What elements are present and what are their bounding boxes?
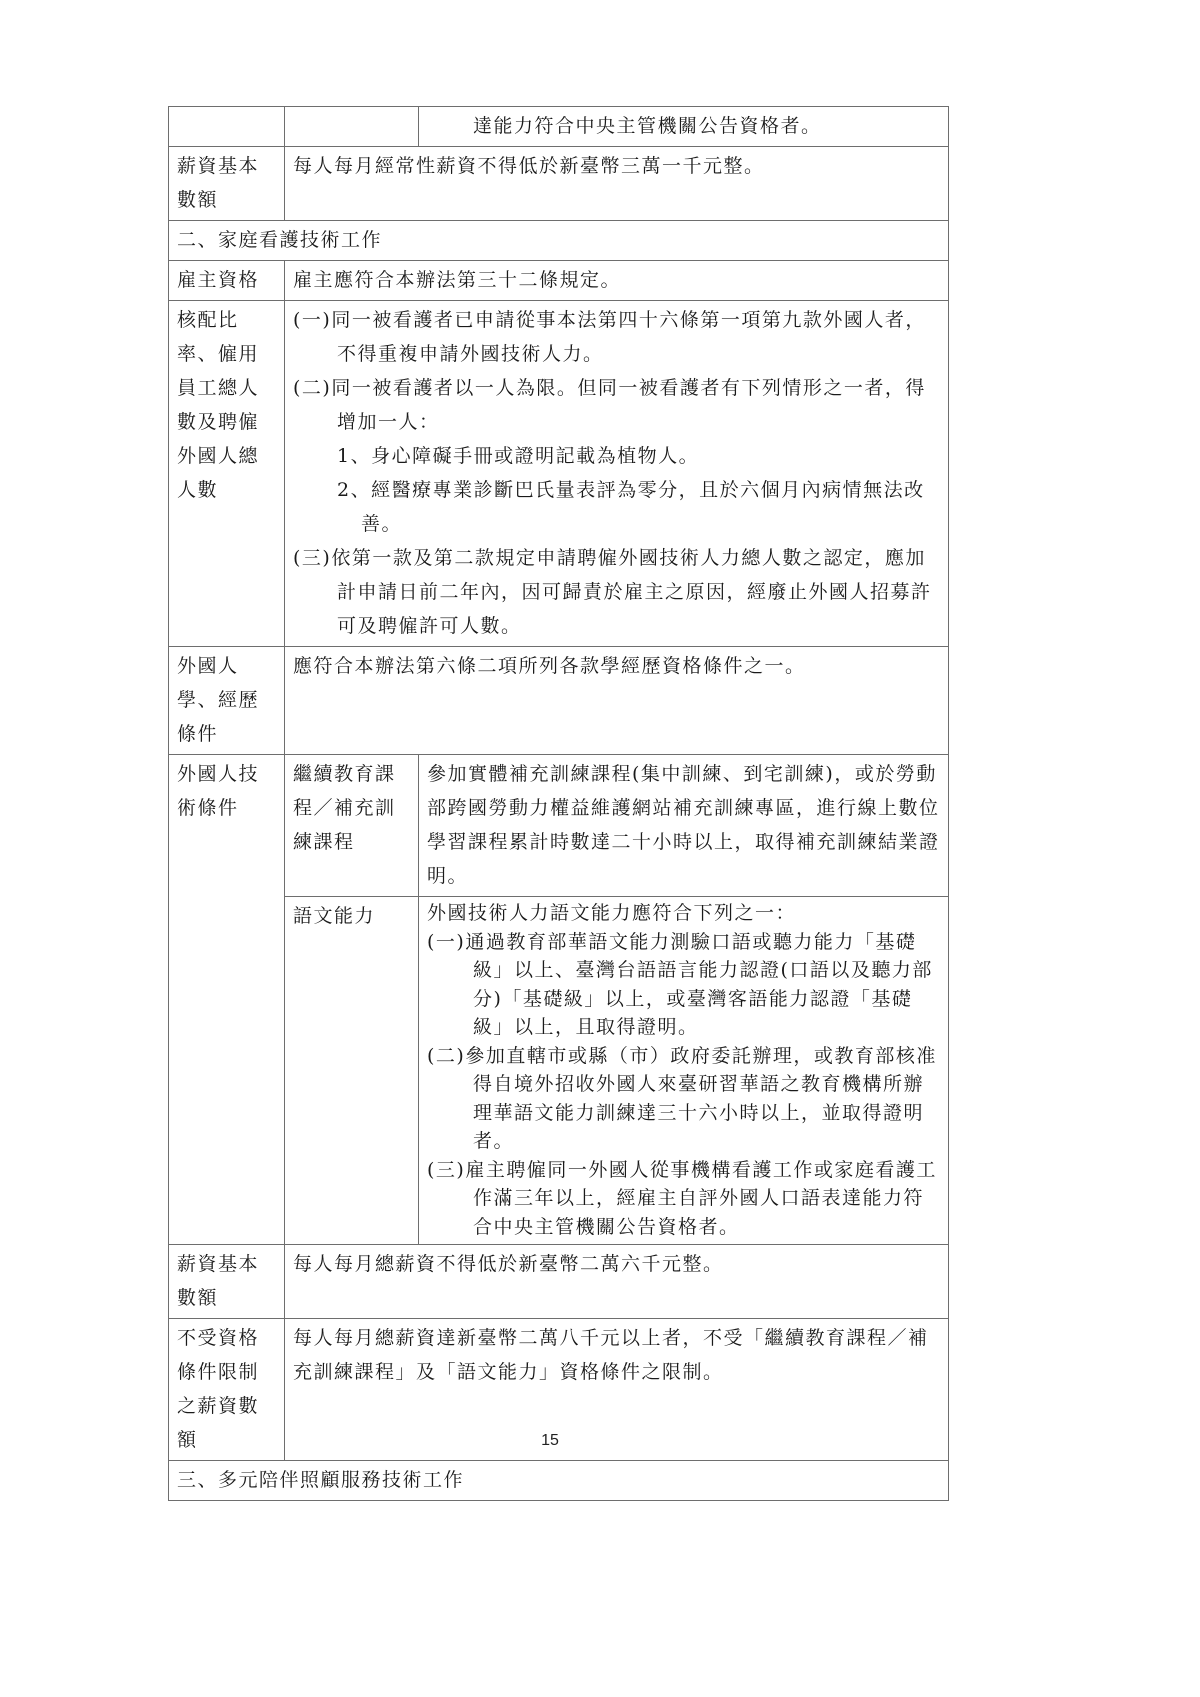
salary-row-2: 薪資基本數額 每人每月總薪資不得低於新臺幣二萬六千元整。	[169, 1245, 949, 1319]
quota-content: (一)同一被看護者已申請從事本法第四十六條第一項第九款外國人者，不得重複申請外國…	[285, 301, 949, 647]
technical-training-row: 外國人技術條件 繼續教育課程／補充訓練課程 參加實體補充訓練課程(集中訓練、到宅…	[169, 755, 949, 897]
language-row: 語文能力 外國技術人力語文能力應符合下列之一： (一)通過教育部華語文能力測驗口…	[169, 897, 949, 1245]
row-label: 薪資基本數額	[169, 147, 285, 221]
page-number: 15	[0, 1432, 1100, 1450]
row-label: 核配比率、僱用員工總人數及聘僱外國人總人數	[169, 301, 285, 647]
language-item-3: (三)雇主聘僱同一外國人從事機構看護工作或家庭看護工作滿三年以上，經雇主自評外國…	[427, 1156, 940, 1242]
row-text: 應符合本辦法第六條二項所列各款學經歷資格條件之一。	[285, 647, 949, 755]
employer-qualification-row: 雇主資格 雇主應符合本辦法第三十二條規定。	[169, 261, 949, 301]
training-text: 參加實體補充訓練課程(集中訓練、到宅訓練)，或於勞動部跨國勞動力權益維護網站補充…	[419, 755, 949, 897]
document-page: 達能力符合中央主管機關公告資格者。 薪資基本數額 每人每月經常性薪資不得低於新臺…	[168, 106, 948, 1501]
row-label: 外國人學、經歷條件	[169, 647, 285, 755]
section-header-3: 三、多元陪伴照顧服務技術工作	[169, 1461, 949, 1501]
quota-item-2: (二)同一被看護者以一人為限。但同一被看護者有下列情形之一者，得增加一人：	[293, 371, 940, 439]
row-text: 每人每月經常性薪資不得低於新臺幣三萬一千元整。	[285, 147, 949, 221]
education-row: 外國人學、經歷條件 應符合本辦法第六條二項所列各款學經歷資格條件之一。	[169, 647, 949, 755]
language-intro: 外國技術人力語文能力應符合下列之一：	[427, 899, 940, 928]
language-content: 外國技術人力語文能力應符合下列之一： (一)通過教育部華語文能力測驗口語或聽力能…	[419, 897, 949, 1245]
quota-subitem-2: 2、經醫療專業診斷巴氏量表評為零分，且於六個月內病情無法改善。	[293, 473, 940, 541]
section-header-2: 二、家庭看護技術工作	[169, 221, 949, 261]
quota-item-3: (三)依第一款及第二款規定申請聘僱外國技術人力總人數之認定，應加計申請日前二年內…	[293, 541, 940, 643]
row-label: 雇主資格	[169, 261, 285, 301]
language-item-1: (一)通過教育部華語文能力測驗口語或聽力能力「基礎級」以上、臺灣台語語言能力認證…	[427, 928, 940, 1042]
continued-row: 達能力符合中央主管機關公告資格者。	[169, 107, 949, 147]
empty-cell	[169, 107, 285, 147]
quota-row: 核配比率、僱用員工總人數及聘僱外國人總人數 (一)同一被看護者已申請從事本法第四…	[169, 301, 949, 647]
row-label: 外國人技術條件	[169, 755, 285, 1245]
sub-label: 繼續教育課程／補充訓練課程	[285, 755, 419, 897]
section-title: 三、多元陪伴照顧服務技術工作	[169, 1461, 949, 1501]
row-text: 雇主應符合本辦法第三十二條規定。	[285, 261, 949, 301]
quota-subitem-1: 1、身心障礙手冊或證明記載為植物人。	[293, 439, 940, 473]
regulation-table: 達能力符合中央主管機關公告資格者。 薪資基本數額 每人每月經常性薪資不得低於新臺…	[168, 106, 949, 1501]
continued-text: 達能力符合中央主管機關公告資格者。	[419, 107, 949, 147]
row-label: 薪資基本數額	[169, 1245, 285, 1319]
language-item-2: (二)參加直轄市或縣（市）政府委託辦理，或教育部核准得自境外招收外國人來臺研習華…	[427, 1042, 940, 1156]
section-title: 二、家庭看護技術工作	[169, 221, 949, 261]
quota-item-1: (一)同一被看護者已申請從事本法第四十六條第一項第九款外國人者，不得重複申請外國…	[293, 303, 940, 371]
salary-row-1: 薪資基本數額 每人每月經常性薪資不得低於新臺幣三萬一千元整。	[169, 147, 949, 221]
empty-cell	[285, 107, 419, 147]
sub-label: 語文能力	[285, 897, 419, 1245]
row-text: 每人每月總薪資不得低於新臺幣二萬六千元整。	[285, 1245, 949, 1319]
